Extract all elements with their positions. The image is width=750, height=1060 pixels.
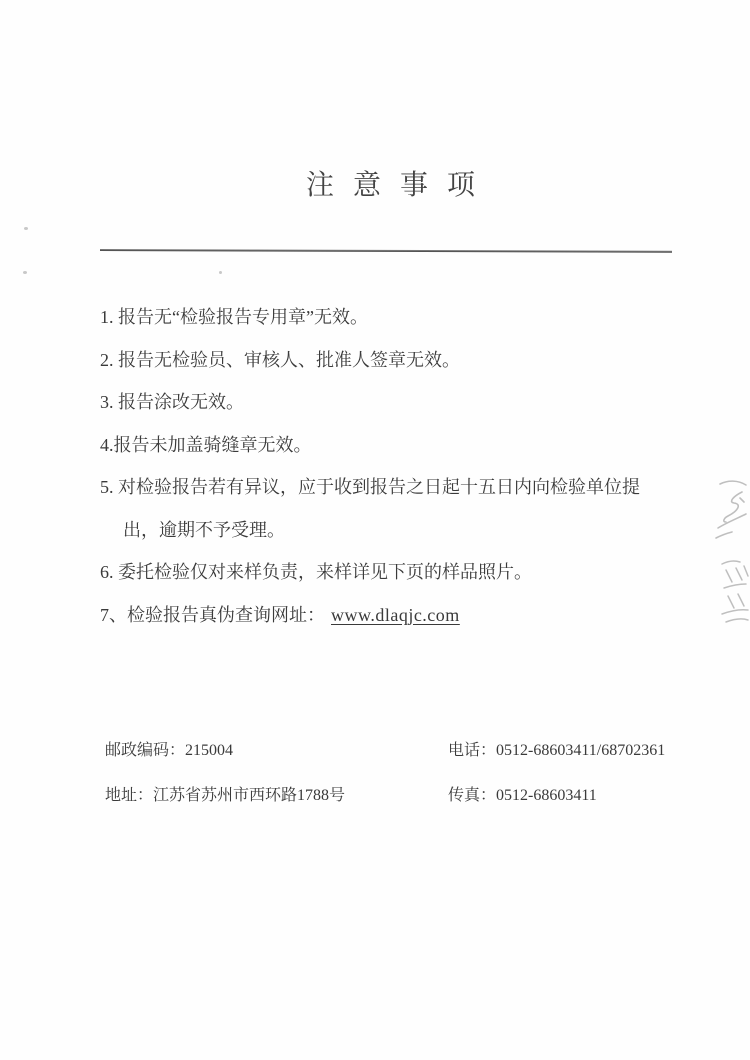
- address-line: 地址：江苏省苏州市西环路1788号: [105, 773, 345, 818]
- note-item-4: 4.报告未加盖骑缝章无效。: [100, 424, 662, 467]
- postal-code-line: 邮政编码：215004: [105, 728, 345, 773]
- footer-right-column: 电话：0512-68603411/68702361 传真：0512-686034…: [448, 728, 665, 818]
- address-value: 江苏省苏州市西环路1788号: [153, 787, 345, 804]
- fax-label: 传真：: [448, 787, 496, 804]
- notes-list: 1. 报告无“检验报告专用章”无效。 2. 报告无检验员、审核人、批准人签章无效…: [100, 296, 662, 636]
- page-title: 注意事项: [306, 163, 494, 203]
- fax-value: 0512-68603411: [496, 787, 597, 804]
- title-divider-line: [100, 249, 672, 253]
- scanned-document-page: 注意事项 1. 报告无“检验报告专用章”无效。 2. 报告无检验员、审核人、批准…: [0, 0, 750, 1060]
- handwriting-artifact-lower: [716, 556, 750, 632]
- phone-value: 0512-68603411/68702361: [496, 742, 665, 759]
- note-item-1: 1. 报告无“检验报告专用章”无效。: [100, 296, 662, 339]
- scan-speck: [219, 271, 222, 274]
- footer-left-column: 邮政编码：215004 地址：江苏省苏州市西环路1788号: [105, 728, 345, 818]
- fax-line: 传真：0512-68603411: [448, 773, 665, 818]
- scan-speck: [23, 271, 27, 274]
- phone-line: 电话：0512-68603411/68702361: [448, 728, 665, 773]
- note-item-3: 3. 报告涂改无效。: [100, 381, 662, 424]
- note-item-7-text: 7、检验报告真伪查询网址：: [100, 605, 325, 625]
- note-item-6: 6. 委托检验仅对来样负责，来样详见下页的样品照片。: [100, 551, 662, 594]
- note-item-2: 2. 报告无检验员、审核人、批准人签章无效。: [100, 339, 662, 382]
- postal-code-value: 215004: [185, 742, 233, 759]
- handwriting-artifact-upper: [710, 478, 750, 552]
- phone-label: 电话：: [448, 742, 496, 759]
- verification-url: www.dlaqjc.com: [331, 605, 460, 625]
- note-item-5: 5. 对检验报告若有异议，应于收到报告之日起十五日内向检验单位提 出，逾期不予受…: [100, 466, 662, 551]
- postal-code-label: 邮政编码：: [105, 742, 185, 759]
- scan-speck: [24, 227, 28, 230]
- note-item-7: 7、检验报告真伪查询网址：www.dlaqjc.com: [100, 594, 662, 637]
- address-label: 地址：: [105, 787, 153, 804]
